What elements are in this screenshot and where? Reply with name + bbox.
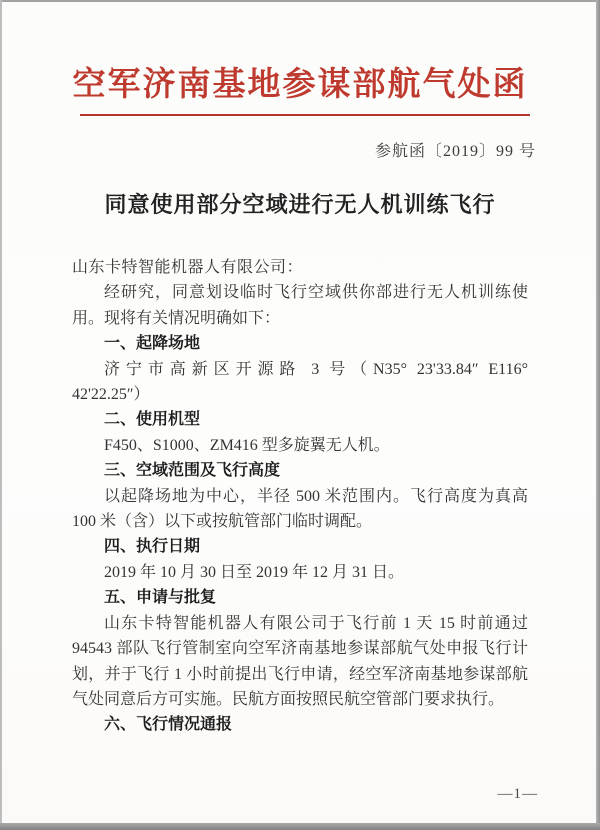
body-line: 2019 年 10 月 30 日至 2019 年 12 月 31 日。 (72, 560, 528, 585)
document-body: 山东卡特智能机器人有限公司： 经研究，同意划设临时飞行空域供你部进行无人机训练使… (72, 255, 528, 738)
body-line: 划，并于飞行 1 小时前提出飞行申请，经空军济南基地参谋部航 (72, 662, 528, 687)
page-number: —1— (498, 786, 539, 803)
red-divider (80, 114, 530, 116)
scan-edge-left (0, 0, 2, 830)
addressee: 山东卡特智能机器人有限公司： (72, 255, 528, 280)
body-line: 山东卡特智能机器人有限公司于飞行前 1 天 15 时前通过 (72, 611, 528, 636)
section-heading: 四、执行日期 (72, 534, 528, 559)
body-line: 用。现将有关情况明确如下： (72, 306, 528, 331)
section-heading: 五、申请与批复 (72, 585, 528, 610)
body-line: 气处同意后方可实施。民航方面按照民航空管部门要求执行。 (72, 687, 528, 712)
document-title: 同意使用部分空域进行无人机训练飞行 (0, 188, 600, 219)
scan-edge-bottom (0, 823, 600, 830)
body-line: 42'22.25″） (72, 382, 528, 407)
body-line: F450、S1000、ZM416 型多旋翼无人机。 (72, 433, 528, 458)
section-heading: 一、起降场地 (72, 331, 528, 356)
section-heading: 三、空域范围及飞行高度 (72, 458, 528, 483)
body-line: 经研究，同意划设临时飞行空域供你部进行无人机训练使 (72, 280, 528, 305)
letterhead-title: 空军济南基地参谋部航气处函 (0, 58, 600, 105)
body-line: 100 米（含）以下或按航管部门临时调配。 (72, 509, 528, 534)
scan-edge-top (0, 0, 600, 2)
scan-edge-right (596, 0, 600, 830)
section-heading: 二、使用机型 (72, 407, 528, 432)
section-heading: 六、飞行情况通报 (72, 712, 528, 737)
body-line: 以起降场地为中心，半径 500 米范围内。飞行高度为真高 (72, 484, 528, 509)
scanned-letter-page: 空军济南基地参谋部航气处函 参航函〔2019〕99 号 同意使用部分空域进行无人… (0, 0, 600, 830)
document-number: 参航函〔2019〕99 号 (375, 138, 536, 161)
body-line: 济宁市高新区开源路 3 号（N35° 23'33.84″ E116° (72, 357, 528, 382)
body-line: 94543 部队飞行管制室向空军济南基地参谋部航气处申报飞行计 (72, 636, 528, 661)
